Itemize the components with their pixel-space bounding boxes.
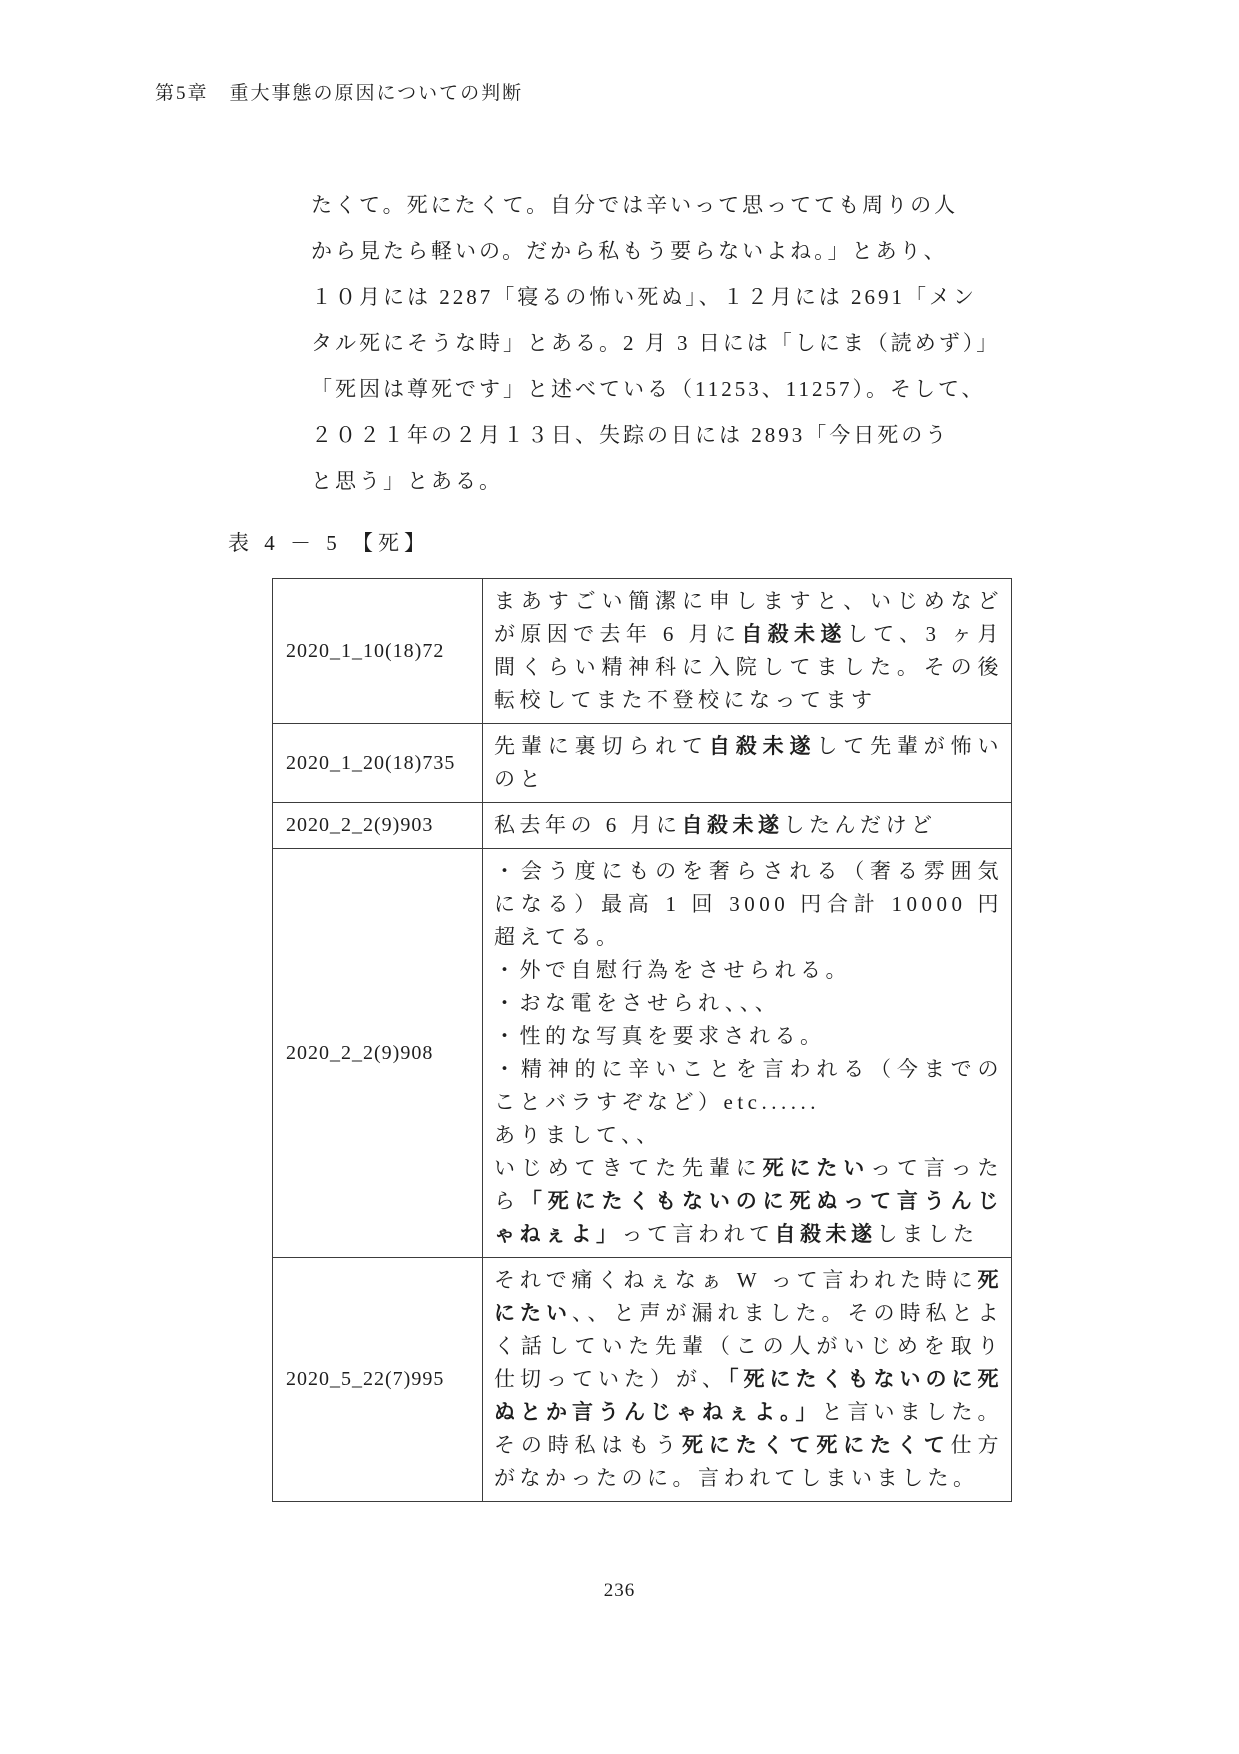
- entry-text-paragraph: 私去年の 6 月に自殺未遂したんだけど: [494, 809, 1003, 842]
- table-row: 2020_1_10(18)72まあすごい簡潔に申しますと、いじめなどが原因で去年…: [273, 579, 1012, 724]
- entry-text-cell: 私去年の 6 月に自殺未遂したんだけど: [483, 803, 1012, 849]
- entry-text-paragraph: ・外で自慰行為をさせられる。: [494, 954, 1003, 987]
- entries-table-grid: 2020_1_10(18)72まあすごい簡潔に申しますと、いじめなどが原因で去年…: [272, 578, 1012, 1502]
- entries-table-body: 2020_1_10(18)72まあすごい簡潔に申しますと、いじめなどが原因で去年…: [273, 579, 1012, 1502]
- chapter-header: 第5章 重大事態の原因についての判断: [155, 78, 523, 105]
- entry-text-paragraph: まあすごい簡潔に申しますと、いじめなどが原因で去年 6 月に自殺未遂して、3 ヶ…: [494, 585, 1003, 717]
- entry-id-cell: 2020_1_10(18)72: [273, 579, 483, 724]
- body-line: タル死にそうな時」とある。2 月 3 日には「しにま（読めず）」: [311, 320, 991, 366]
- body-line: １０月には 2287「寝るの怖い死ぬ」、１２月には 2691「メン: [311, 274, 991, 320]
- entry-id-cell: 2020_5_22(7)995: [273, 1258, 483, 1502]
- table-row: 2020_2_2(9)903私去年の 6 月に自殺未遂したんだけど: [273, 803, 1012, 849]
- table-row: 2020_5_22(7)995それで痛くねぇなぁ W って言われた時に死にたい、…: [273, 1258, 1012, 1502]
- entry-text-cell: 先輩に裏切られて自殺未遂して先輩が怖いのと: [483, 724, 1012, 803]
- body-paragraph: たくて。死にたくて。自分では辛いって思ってても周りの人から見たら軽いの。だから私…: [311, 182, 991, 504]
- body-line: から見たら軽いの。だから私もう要らないよね。」とあり、: [311, 228, 991, 274]
- entry-id-cell: 2020_2_2(9)903: [273, 803, 483, 849]
- body-line: たくて。死にたくて。自分では辛いって思ってても周りの人: [311, 182, 991, 228]
- entry-text-cell: ・会う度にものを奢らされる（奢る雰囲気になる）最高 1 回 3000 円合計 1…: [483, 849, 1012, 1258]
- table-row: 2020_1_20(18)735先輩に裏切られて自殺未遂して先輩が怖いのと: [273, 724, 1012, 803]
- entry-text-cell: まあすごい簡潔に申しますと、いじめなどが原因で去年 6 月に自殺未遂して、3 ヶ…: [483, 579, 1012, 724]
- entry-text-paragraph: ・会う度にものを奢らされる（奢る雰囲気になる）最高 1 回 3000 円合計 1…: [494, 855, 1003, 954]
- entry-text-cell: それで痛くねぇなぁ W って言われた時に死にたい、、と声が漏れました。その時私と…: [483, 1258, 1012, 1502]
- table-row: 2020_2_2(9)908・会う度にものを奢らされる（奢る雰囲気になる）最高 …: [273, 849, 1012, 1258]
- table-caption: 表 4 － 5 【死】: [228, 527, 430, 557]
- entry-text-paragraph: それで痛くねぇなぁ W って言われた時に死にたい、、と声が漏れました。その時私と…: [494, 1264, 1003, 1495]
- entry-text-paragraph: ・性的な写真を要求される。: [494, 1020, 1003, 1053]
- page-number: 236: [0, 1580, 1239, 1602]
- entry-text-paragraph: 先輩に裏切られて自殺未遂して先輩が怖いのと: [494, 730, 1003, 796]
- entry-text-paragraph: ・精神的に辛いことを言われる（今までのことバラすぞなど）etc......: [494, 1053, 1003, 1119]
- entry-text-paragraph: いじめてきてた先輩に死にたいって言ったら「死にたくもないのに死ぬって言うんじゃね…: [494, 1152, 1003, 1251]
- entry-text-paragraph: ありまして、、: [494, 1119, 1003, 1152]
- entry-text-paragraph: ・おな電をさせられ、、、: [494, 987, 1003, 1020]
- body-line: ２０２１年の２月１３日、失踪の日には 2893「今日死のう: [311, 412, 991, 458]
- body-line: 「死因は尊死です」と述べている（11253、11257）。そして、: [311, 366, 991, 412]
- entry-id-cell: 2020_1_20(18)735: [273, 724, 483, 803]
- entries-table: 2020_1_10(18)72まあすごい簡潔に申しますと、いじめなどが原因で去年…: [272, 578, 1012, 1502]
- entry-id-cell: 2020_2_2(9)908: [273, 849, 483, 1258]
- body-line: と思う」とある。: [311, 458, 991, 504]
